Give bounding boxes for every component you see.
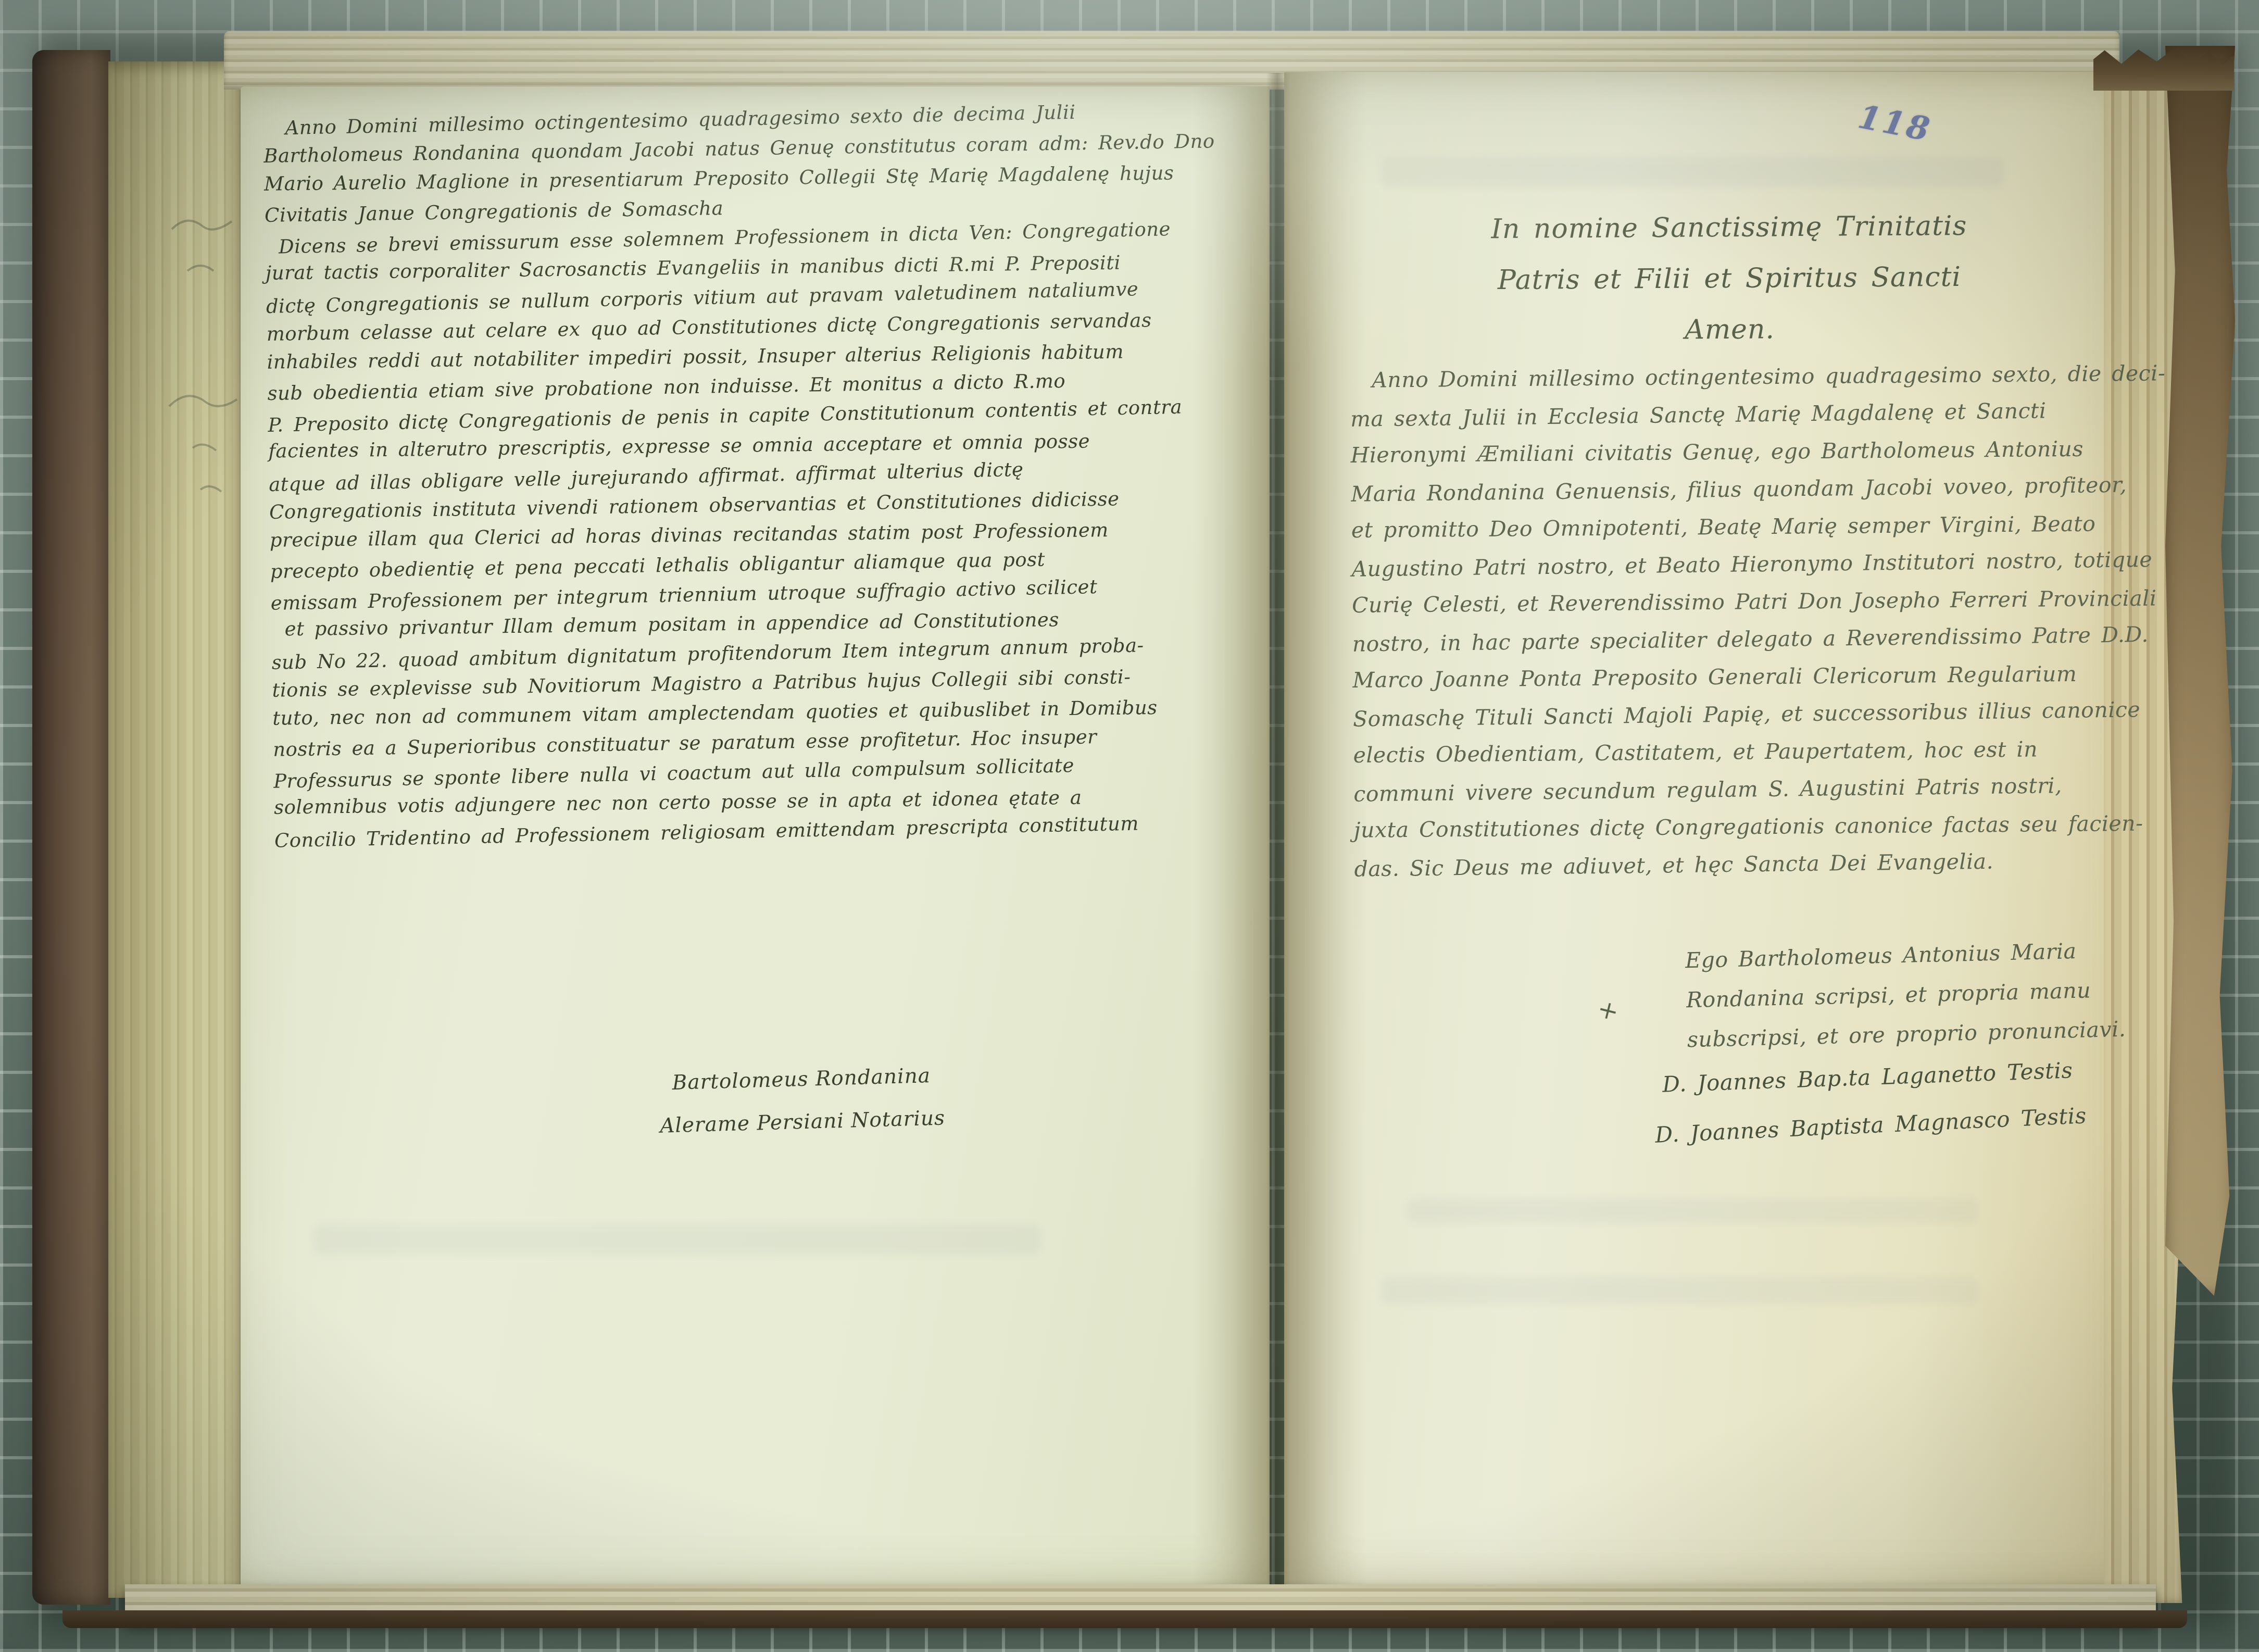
left-page-signatures: Bartolomeus Rondanina Alerame Persiani N… — [603, 1053, 1001, 1149]
right-page-text-block: Anno Domini millesimo octingentesimo qua… — [1350, 354, 2170, 886]
leather-cover-bottom — [62, 1610, 2187, 1628]
title-line: In nomine Sanctissimę Trinitatis — [1331, 199, 2128, 256]
right-page-title: In nomine Sanctissimę Trinitatis Patris … — [1331, 199, 2128, 358]
attestation-block: Ego Bartholomeus Antonius Maria Rondanin… — [1685, 930, 2126, 1060]
tattered-binding-crust — [2165, 46, 2235, 1296]
edge-writing-fragments — [151, 198, 250, 521]
photo-of-open-manuscript: Anno Domini millesimo octingentesimo qua… — [0, 0, 2259, 1652]
left-page-text-block: Anno Domini millesimo octingentesimo qua… — [263, 96, 1226, 854]
title-line: Patris et Filii et Spiritus Sancti — [1331, 251, 2128, 307]
title-line: Amen. — [1331, 302, 2128, 358]
book-gutter-shadow — [1266, 73, 1290, 1591]
leather-cover-left — [32, 50, 110, 1605]
